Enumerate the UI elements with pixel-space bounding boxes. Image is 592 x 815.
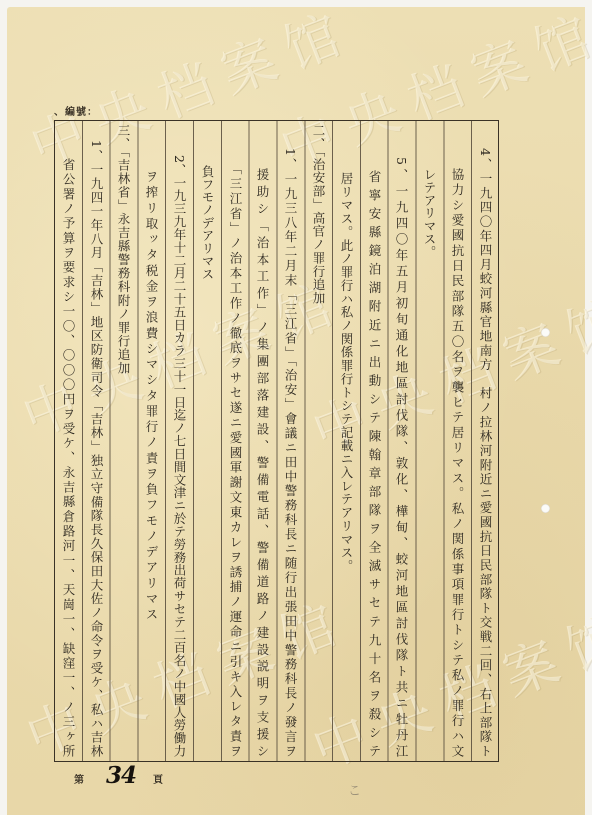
page-number: 34	[106, 762, 136, 789]
text-column: ヲ搾リ取ッタ税金ヲ浪費シマシタ罪行ノ責ヲ負フモノデアリマス	[143, 170, 159, 620]
scanned-document-page: 中央档案馆 中央档案馆 中央档案馆 中央档案馆 中央档案馆 中央档案馆 、編號：…	[0, 0, 592, 815]
margin-pencil-mark: こ	[348, 780, 361, 799]
text-column: 援助シ「治本工作」ノ集團部落建設、警備電話、警備道路ノ建設説明ヲ支援シ	[254, 168, 270, 757]
section-heading-column: 二、「治安部」高官ノ罪行追加	[310, 124, 326, 304]
text-column: 「三江省」ノ治本工作ノ徹底ヲサセ遂ニ愛國軍謝文東カレヲ誘捕ノ運命ニ引キ入レタ責ヲ	[227, 162, 243, 757]
text-column: 負フモノデアリマス	[199, 165, 215, 280]
text-column: 2、一九三九年十二月二十五日カラ三十一日迄ノ七日間文津ニ於テ勞務出荷サセテ二百名…	[171, 155, 187, 757]
page-prefix-label: 第	[74, 771, 84, 786]
text-column: 省寧安縣鏡泊湖附近ニ出動シテ陳翰章部隊ヲ全滅サセテ九十名ヲ殺シテ	[366, 170, 382, 757]
page-suffix-label: 頁	[153, 771, 163, 786]
text-column: 1、一九三八年二月末「三江省」「治安」會議ニ田中警務科長ニ随行出張田中警務科長ノ…	[282, 148, 298, 757]
text-column: 4、一九四〇年四月蛟河縣官地南方 村ノ拉林河附近ニ愛國抗日民部隊ト交戦二回、右上…	[477, 148, 493, 757]
punch-hole	[541, 328, 550, 337]
text-column: レテアリマス。	[421, 168, 437, 258]
section-heading-column: 三、「吉林省」永吉縣警務科附ノ罪行追加	[115, 124, 131, 374]
text-column: 1、一九四一年八月「吉林」地区防衛司令「吉林」独立守備隊長久保田大佐ノ命令ヲ受ケ…	[88, 140, 104, 757]
text-column: 居リマス。此ノ罪行ハ私ノ関係罪行トシテ記載ニ入レテアリマス。	[338, 172, 354, 572]
text-column: 協力シ愛國抗日民部隊五〇名ヲ襲ヒテ居リマス。私ノ関係事項罪行トシテ私ノ罪行ハ文	[449, 168, 465, 757]
serial-number-label: 、編號：	[54, 103, 98, 118]
text-column: 省公署ノ予算ヲ要求シ一〇、〇〇〇円ヲ受ケ、永吉縣倉路河一、天崗一、缺窪一、ノ三ヶ…	[60, 158, 76, 757]
text-column: 5、一九四〇年五月初旬通化地區討伐隊、敦化、樺甸、蛟河地區討伐隊ト共ニ牡丹江	[393, 157, 409, 757]
punch-hole	[541, 504, 550, 513]
